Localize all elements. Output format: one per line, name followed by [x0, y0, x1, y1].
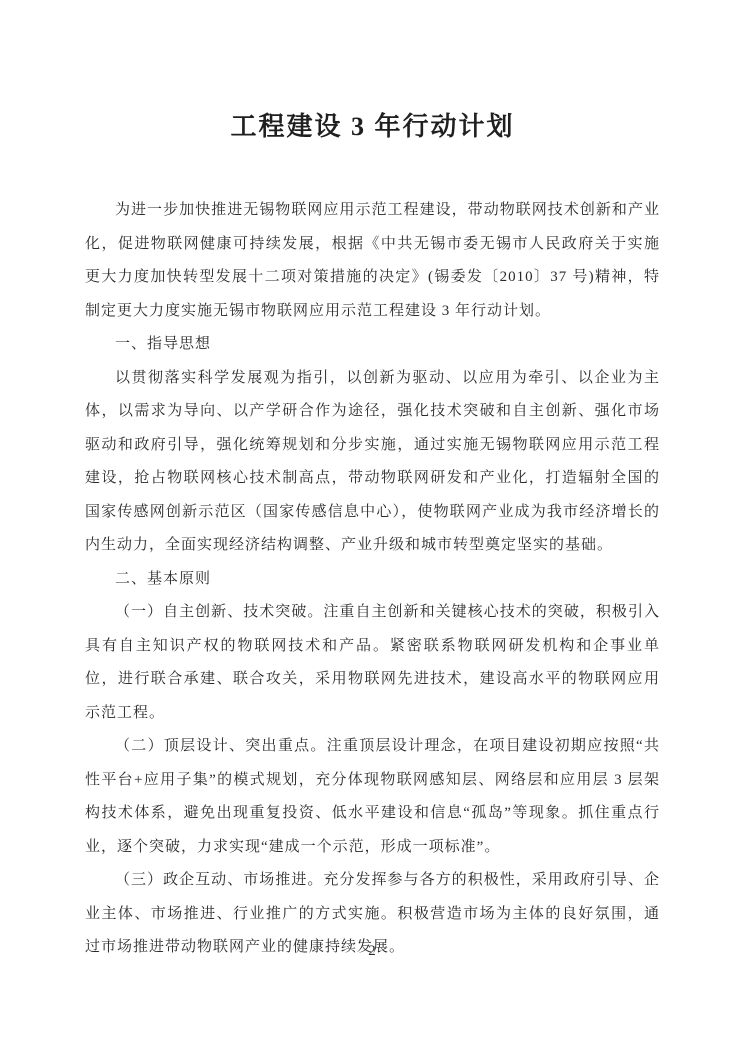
page-number: 2	[0, 943, 744, 960]
paragraph-principle-2: （二）顶层设计、突出重点。注重顶层设计理念，在项目建设初期应按照“共性平台+应用…	[85, 730, 660, 864]
heading-guiding-ideology: 一、指导思想	[85, 328, 660, 362]
document-content: 工程建设 3 年行动计划 为进一步加快推进无锡物联网应用示范工程建设，带动物联网…	[85, 108, 660, 965]
paragraph-principle-1: （一）自主创新、技术突破。注重自主创新和关键核心技术的突破，积极引入具有自主知识…	[85, 596, 660, 730]
document-title: 工程建设 3 年行动计划	[85, 108, 660, 146]
heading-basic-principles: 二、基本原则	[85, 563, 660, 597]
paragraph-intro: 为进一步加快推进无锡物联网应用示范工程建设，带动物联网技术创新和产业化，促进物联…	[85, 194, 660, 328]
paragraph-guiding-ideology: 以贯彻落实科学发展观为指引，以创新为驱动、以应用为牵引、以企业为主体，以需求为导…	[85, 362, 660, 563]
document-page: 工程建设 3 年行动计划 为进一步加快推进无锡物联网应用示范工程建设，带动物联网…	[0, 0, 744, 1052]
